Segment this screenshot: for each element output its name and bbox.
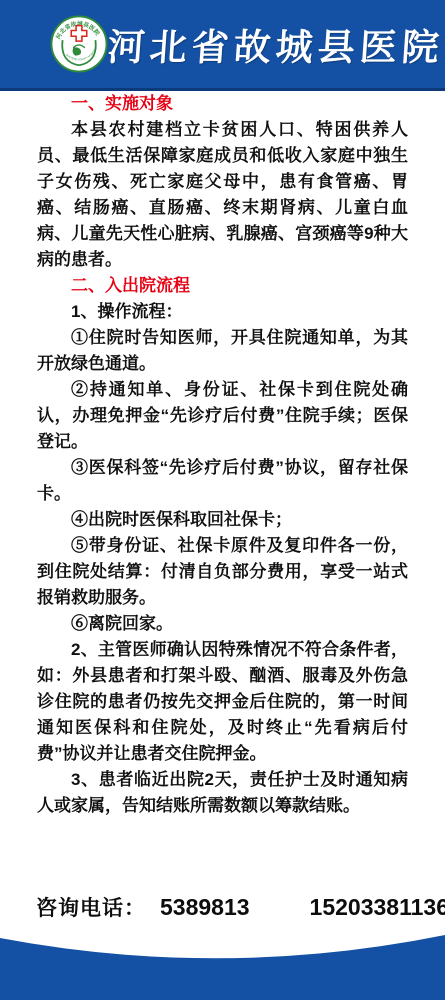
body-text: 一、实施对象 本县农村建档立卡贫困人口、特困供养人员、最低生活保障家庭成员和低收… [0, 91, 445, 819]
procedure-step-2: ②持通知单、身份证、社保卡到住院处确认，办理免押金“先诊疗后付费”住院手续；医保… [37, 377, 408, 455]
section1-heading: 一、实施对象 [37, 91, 408, 117]
phone-number-2: 15203381136 [310, 894, 445, 921]
procedure-step-5: ⑤带身份证、社保卡原件及复印件各一份，到住院处结算：付清自负部分费用，享受一站式… [37, 533, 408, 611]
hospital-logo-icon: 河北省故城县医院 GUCHENG COUNTY HOSPITAL [50, 15, 108, 73]
procedure-step-4: ④出院时医保科取回社保卡； [37, 507, 408, 533]
procedure-step-6: ⑥离院回家。 [37, 611, 408, 637]
contact-row: 咨询电话： 5389813 15203381136 [36, 892, 425, 922]
footer-wave [0, 920, 445, 1000]
procedure-step-3: ③医保科签“先诊疗后付费”协议，留存社保卡。 [37, 455, 408, 507]
rule-special-cases: 2、主管医师确认因特殊情况不符合条件者，如：外县患者和打架斗殴、酗酒、服毒及外伤… [37, 637, 408, 767]
procedure-step-1: ①住院时告知医师，开具住院通知单，为其开放绿色通道。 [37, 325, 408, 377]
section1-body: 本县农村建档立卡贫困人口、特困供养人员、最低生活保障家庭成员和低收入家庭中独生子… [37, 117, 408, 273]
hospital-name: 河北省故城县医院 [106, 17, 445, 71]
phone-label: 咨询电话： [36, 892, 146, 922]
section2-heading: 二、入出院流程 [37, 273, 408, 299]
header-band: 河北省故城县医院 GUCHENG COUNTY HOSPITAL 河北省故城县医… [0, 0, 445, 91]
hospital-poster: 河北省故城县医院 GUCHENG COUNTY HOSPITAL 河北省故城县医… [0, 0, 445, 1000]
procedure-intro: 1、操作流程： [37, 299, 408, 325]
rule-discharge-notice: 3、患者临近出院2天，责任护士及时通知病人或家属，告知结账所需数额以筹款结账。 [37, 767, 408, 819]
phone-number-1: 5389813 [160, 894, 250, 921]
